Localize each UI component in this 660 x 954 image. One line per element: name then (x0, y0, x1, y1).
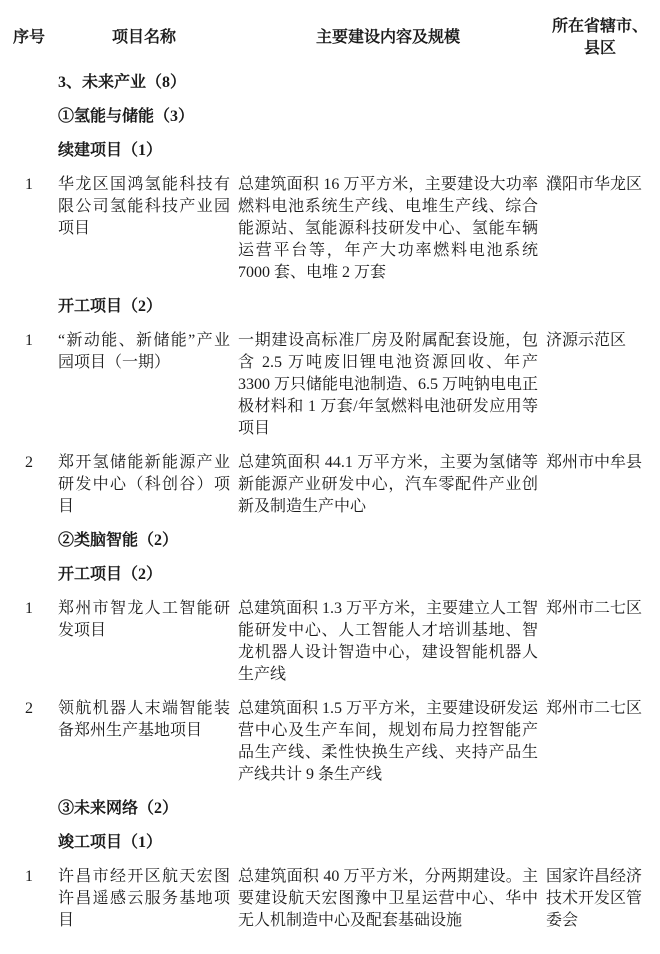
project-location: 郑州市中牟县 (546, 452, 654, 518)
group-row-completed-projects: 竣工项目（1） (8, 832, 654, 854)
group-row-started-projects-2: 开工项目（2） (8, 564, 654, 586)
col-header-project-name: 项目名称 (58, 27, 230, 49)
project-row: 1 华龙区国鸿氢能科技有限公司氢能科技产业园项目 总建筑面积 16 万平方米，主… (8, 174, 654, 284)
group-row-continued-projects: 续建项目（1） (8, 140, 654, 162)
project-row: 1 许昌市经开区航天宏图许昌遥感云服务基地项目 总建筑面积 40 万平方米，分两… (8, 866, 654, 932)
project-index: 2 (8, 452, 50, 518)
project-content: 总建筑面积 1.3 万平方米，主要建立人工智能研发中心、人工智能人才培训基地、智… (238, 598, 538, 686)
project-content: 总建筑面积 1.5 万平方米，主要建设研发运营中心及生产车间，规划布局力控智能产… (238, 698, 538, 786)
spacer-cell (8, 296, 50, 318)
spacer-cell (8, 72, 50, 94)
project-name: 华龙区国鸿氢能科技有限公司氢能科技产业园项目 (58, 174, 230, 284)
project-content: 总建筑面积 44.1 万平方米，主要为氢储等新能源产业研发中心，汽车零配件产业创… (238, 452, 538, 518)
project-content: 总建筑面积 40 万平方米，分两期建设。主要建设航天宏图豫中卫星运营中心、华中无… (238, 866, 538, 932)
spacer-cell (8, 140, 50, 162)
project-location: 国家许昌经济技术开发区管委会 (546, 866, 654, 932)
project-index: 1 (8, 330, 50, 440)
group-row-started-projects: 开工项目（2） (8, 296, 654, 318)
project-row: 2 领航机器人末端智能装备郑州生产基地项目 总建筑面积 1.5 万平方米，主要建… (8, 698, 654, 786)
project-row: 1 郑州市智龙人工智能研发项目 总建筑面积 1.3 万平方米，主要建立人工智能研… (8, 598, 654, 686)
group-row-future-industry: 3、未来产业（8） (8, 72, 654, 94)
project-location: 济源示范区 (546, 330, 654, 440)
group-label: 竣工项目（1） (58, 832, 654, 854)
project-location: 郑州市二七区 (546, 698, 654, 786)
project-name: 许昌市经开区航天宏图许昌遥感云服务基地项目 (58, 866, 230, 932)
spacer-cell (8, 530, 50, 552)
spacer-cell (8, 832, 50, 854)
project-content: 一期建设高标准厂房及附属配套设施，包含 2.5 万吨废旧锂电池资源回收、年产 3… (238, 330, 538, 440)
group-label: 3、未来产业（8） (58, 72, 654, 94)
project-location: 郑州市二七区 (546, 598, 654, 686)
group-label: ①氢能与储能（3） (58, 106, 654, 128)
col-header-index: 序号 (8, 27, 50, 49)
project-name: 郑开氢储能新能源产业研发中心（科创谷）项目 (58, 452, 230, 518)
project-content: 总建筑面积 16 万平方米，主要建设大功率燃料电池系统生产线、电堆生产线、综合能… (238, 174, 538, 284)
project-index: 2 (8, 698, 50, 786)
group-label: 开工项目（2） (58, 296, 654, 318)
spacer-cell (8, 106, 50, 128)
project-name: 领航机器人末端智能装备郑州生产基地项目 (58, 698, 230, 786)
group-row-future-network: ③未来网络（2） (8, 798, 654, 820)
project-row: 1 “新动能、新储能”产业园项目（一期） 一期建设高标准厂房及附属配套设施，包含… (8, 330, 654, 440)
project-name: 郑州市智龙人工智能研发项目 (58, 598, 230, 686)
col-header-content: 主要建设内容及规模 (238, 27, 538, 49)
project-index: 1 (8, 598, 50, 686)
document-page: 序号 项目名称 主要建设内容及规模 所在省辖市、县区 3、未来产业（8） ①氢能… (0, 0, 660, 954)
project-row: 2 郑开氢储能新能源产业研发中心（科创谷）项目 总建筑面积 44.1 万平方米，… (8, 452, 654, 518)
project-name: “新动能、新储能”产业园项目（一期） (58, 330, 230, 440)
group-row-brain-ai: ②类脑智能（2） (8, 530, 654, 552)
spacer-cell (8, 798, 50, 820)
spacer-cell (8, 564, 50, 586)
group-label: ②类脑智能（2） (58, 530, 654, 552)
project-index: 1 (8, 866, 50, 932)
group-label: 开工项目（2） (58, 564, 654, 586)
group-row-hydrogen-storage: ①氢能与储能（3） (8, 106, 654, 128)
group-label: ③未来网络（2） (58, 798, 654, 820)
group-label: 续建项目（1） (58, 140, 654, 162)
col-header-location: 所在省辖市、县区 (546, 16, 654, 60)
table-header-row: 序号 项目名称 主要建设内容及规模 所在省辖市、县区 (8, 16, 654, 60)
project-index: 1 (8, 174, 50, 284)
project-location: 濮阳市华龙区 (546, 174, 654, 284)
